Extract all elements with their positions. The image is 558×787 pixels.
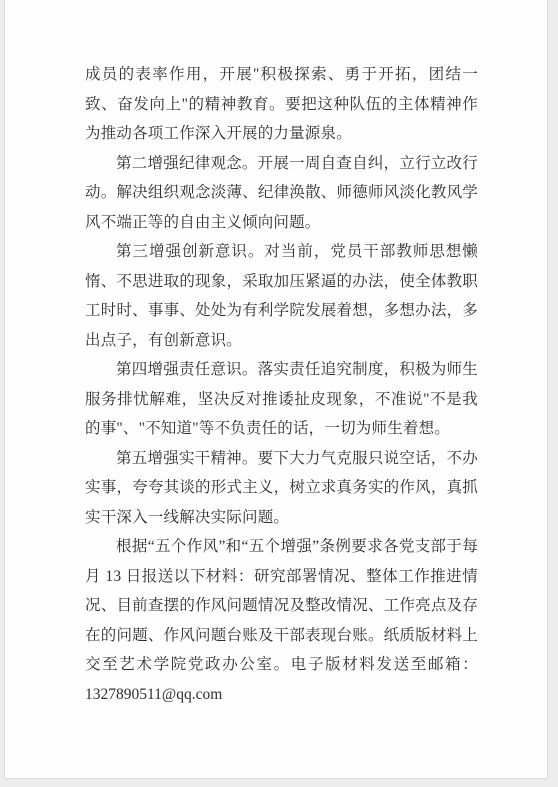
document-viewer: { "page": { "background_color": "#fefefe… xyxy=(0,0,558,787)
document-page: 成员的表率作用，开展"积极探索、勇于开拓，团结一致、奋发向上"的精神教育。要把这… xyxy=(4,0,548,779)
body-paragraph-fifth-pragmatism: 第五增强实干精神。要下大力气克服只说空话，不办实事，夸夸其谈的形式主义，树立求真… xyxy=(85,444,478,533)
body-paragraph-reporting-requirements: 根据“五个作风”和“五个增强”条例要求各党支部于每月 13 日报送以下材料：研究… xyxy=(85,532,478,680)
document-body: 成员的表率作用，开展"积极探索、勇于开拓，团结一致、奋发向上"的精神教育。要把这… xyxy=(85,60,478,709)
body-paragraph-fourth-responsibility: 第四增强责任意识。落实责任追究制度，积极为师生服务排忧解难，坚决反对推诿扯皮现象… xyxy=(85,355,478,444)
body-paragraph-continuation: 成员的表率作用，开展"积极探索、勇于开拓，团结一致、奋发向上"的精神教育。要把这… xyxy=(85,60,478,149)
email-address: 1327890511@qq.com xyxy=(85,680,478,710)
body-paragraph-third-innovation: 第三增强创新意识。对当前，党员干部教师思想懒惰、不思进取的现象，采取加压紧逼的办… xyxy=(85,237,478,355)
body-paragraph-second-discipline: 第二增强纪律观念。开展一周自查自纠，立行立改行动。解决组织观念淡薄、纪律涣散、师… xyxy=(85,149,478,238)
